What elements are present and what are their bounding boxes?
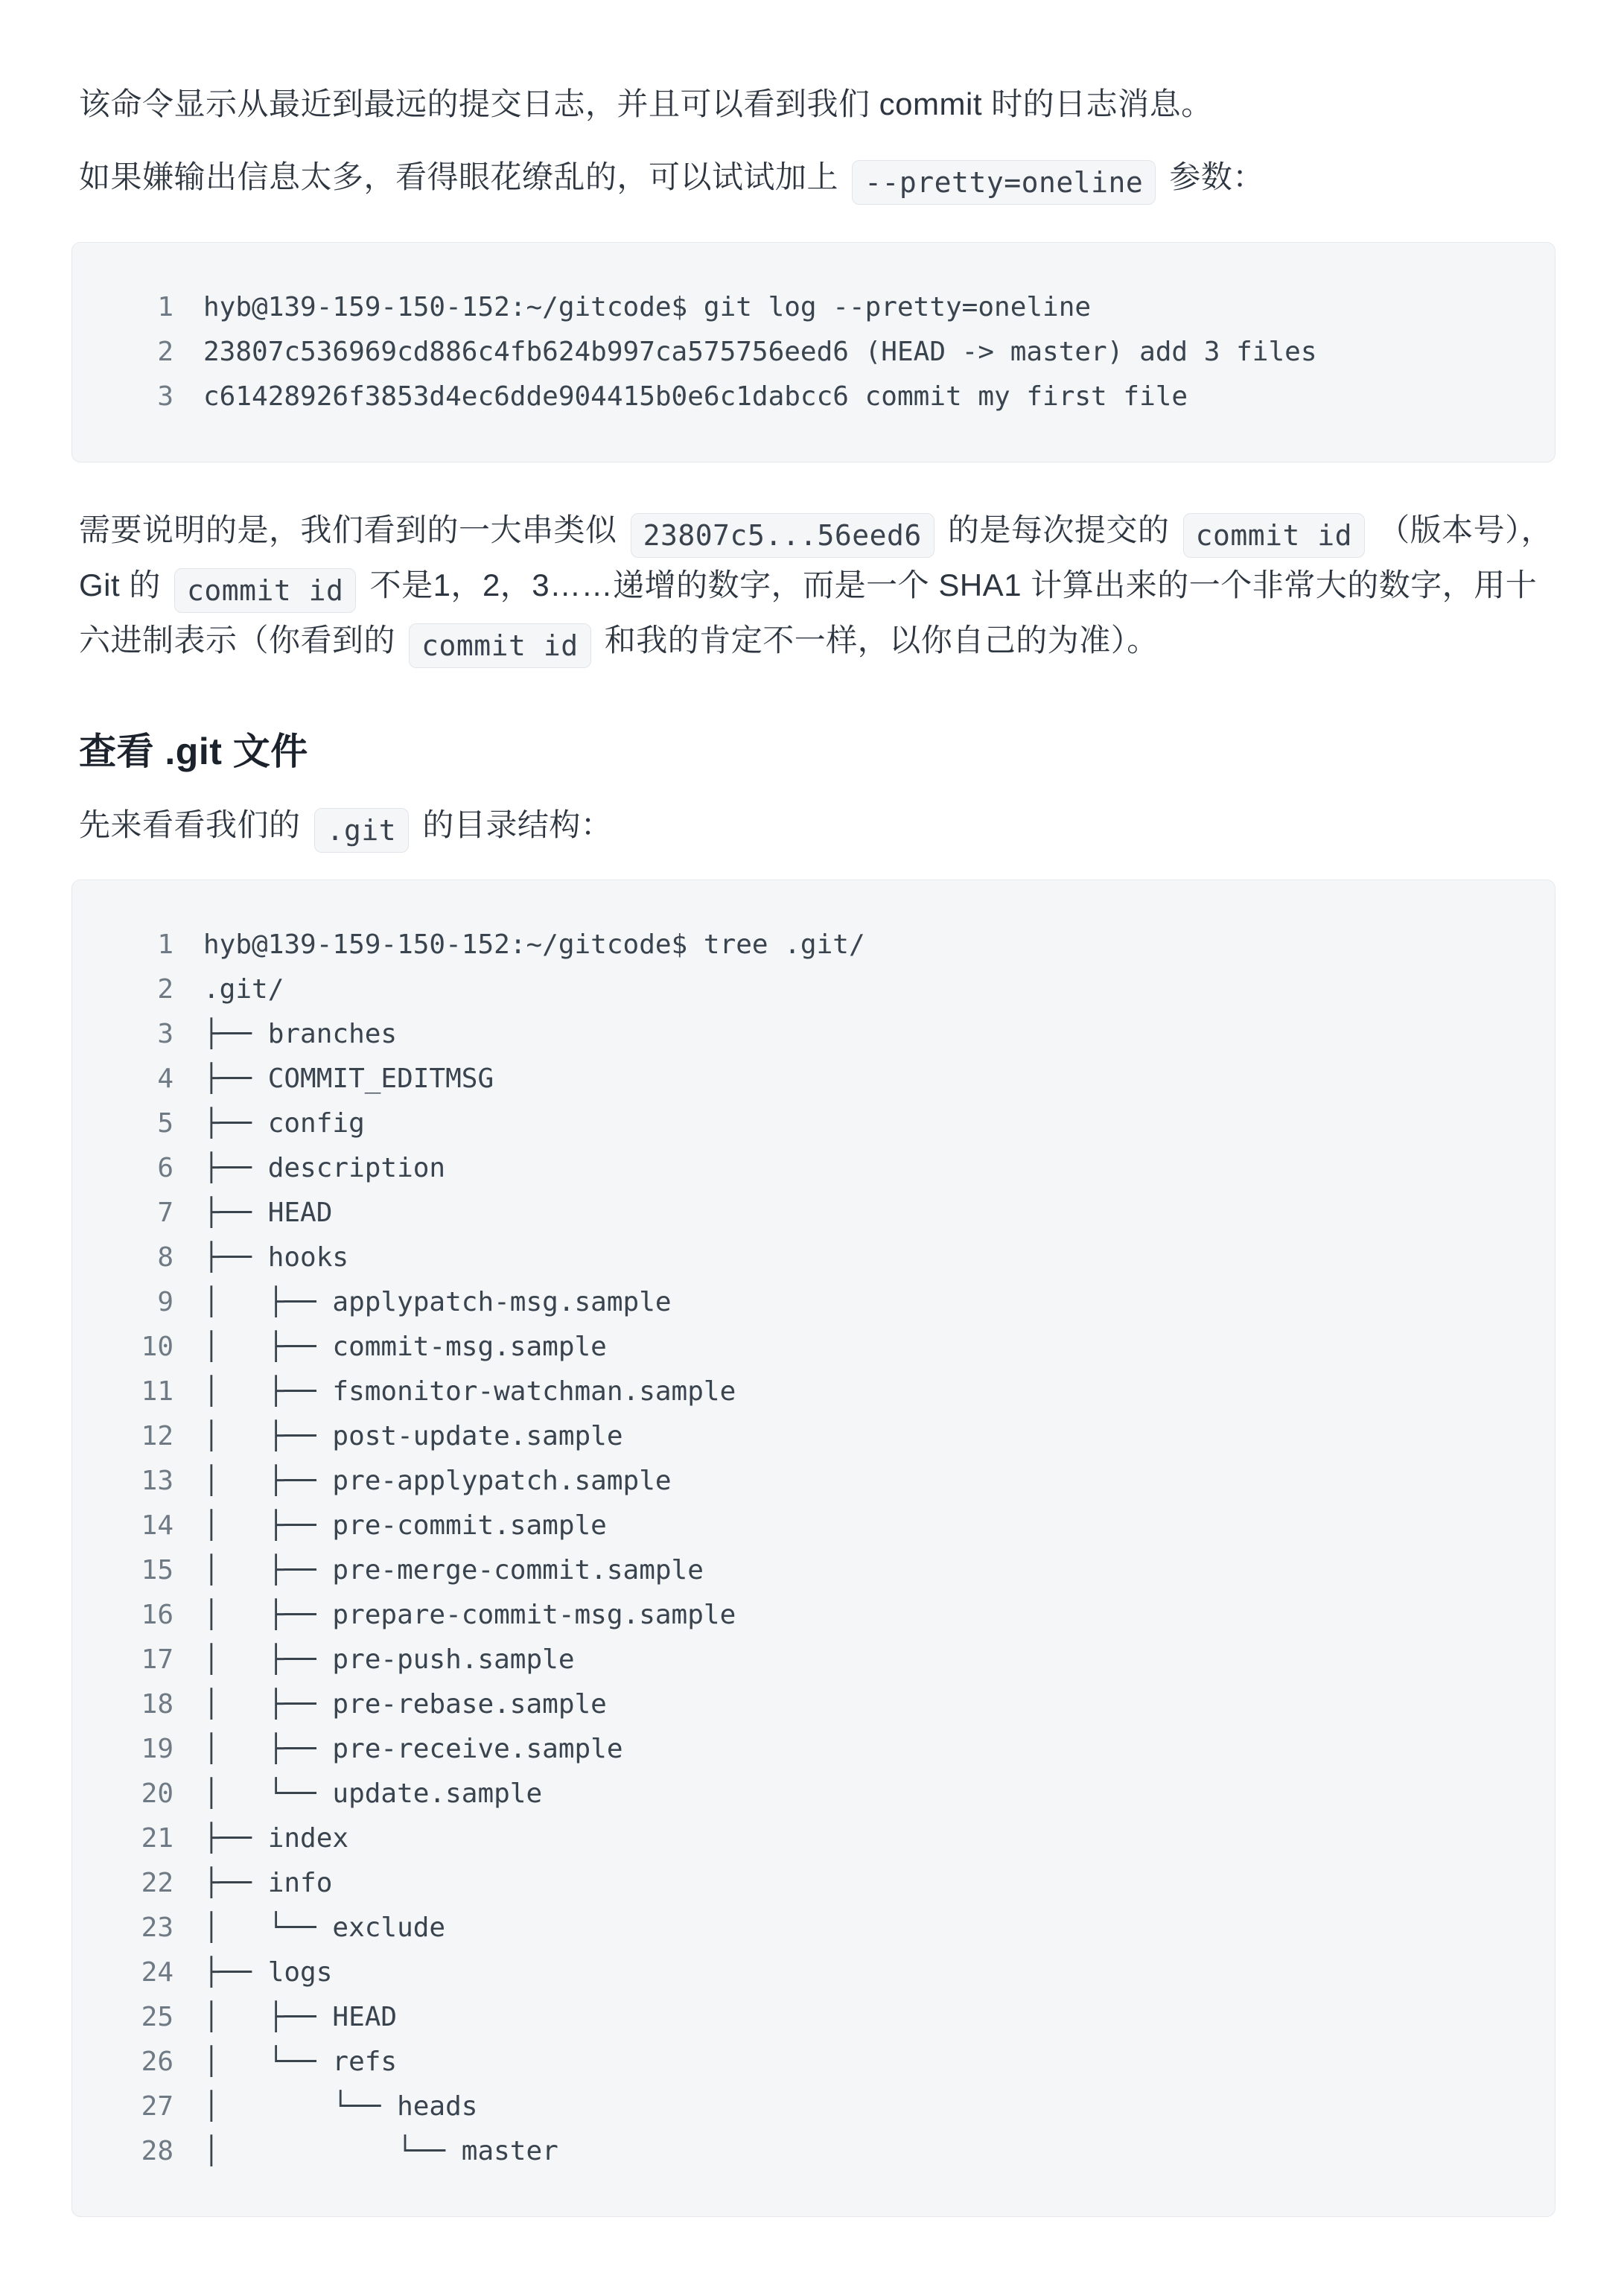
code-block-git-log-pretty-oneline: 1hyb@139-159-150-152:~/gitcode$ git log … <box>71 242 1555 462</box>
code-line: 3c61428926f3853d4ec6dde904415b0e6c1dabcc… <box>102 375 1525 419</box>
line-number: 2 <box>102 967 203 1012</box>
code-text: ├── HEAD <box>203 1191 332 1236</box>
line-number: 27 <box>102 2084 203 2129</box>
inline-code: --pretty=oneline <box>852 160 1156 205</box>
code-line: 5├── config <box>102 1101 1525 1146</box>
code-text: .git/ <box>203 967 284 1012</box>
code-text: │ ├── pre-merge-commit.sample <box>203 1548 704 1593</box>
code-text: ├── info <box>203 1861 332 1906</box>
code-line: 4├── COMMIT_EDITMSG <box>102 1057 1525 1101</box>
line-number: 4 <box>102 1057 203 1101</box>
line-number: 19 <box>102 1727 203 1772</box>
text-run: 的目录结构： <box>413 807 612 842</box>
code-line: 15│ ├── pre-merge-commit.sample <box>102 1548 1525 1593</box>
line-number: 26 <box>102 2040 203 2084</box>
line-number: 18 <box>102 1682 203 1727</box>
code-text: │ ├── HEAD <box>203 1995 397 2040</box>
code-line: 17│ ├── pre-push.sample <box>102 1638 1525 1682</box>
line-number: 8 <box>102 1236 203 1280</box>
code-text: 23807c536969cd886c4fb624b997ca575756eed6… <box>203 330 1317 375</box>
code-line: 18│ ├── pre-rebase.sample <box>102 1682 1525 1727</box>
code-text: │ ├── post-update.sample <box>203 1414 623 1459</box>
code-text: │ └── master <box>203 2129 558 2174</box>
text-run: 的是每次提交的 <box>939 512 1179 547</box>
text-run: 需要说明的是，我们看到的一大串类似 <box>79 512 626 547</box>
line-number: 22 <box>102 1861 203 1906</box>
code-text: ├── hooks <box>203 1236 348 1280</box>
code-text: │ └── heads <box>203 2084 477 2129</box>
code-text: │ ├── pre-push.sample <box>203 1638 575 1682</box>
code-text: │ └── update.sample <box>203 1772 542 1816</box>
code-text: │ └── refs <box>203 2040 397 2084</box>
code-line: 9│ ├── applypatch-msg.sample <box>102 1280 1525 1325</box>
line-number: 2 <box>102 330 203 375</box>
line-number: 11 <box>102 1370 203 1414</box>
code-line: 22├── info <box>102 1861 1525 1906</box>
paragraph-git-log-description: 该命令显示从最近到最远的提交日志，并且可以看到我们 commit 时的日志消息。 <box>79 77 1555 132</box>
code-text: ├── config <box>203 1101 365 1146</box>
code-text: c61428926f3853d4ec6dde904415b0e6c1dabcc6… <box>203 375 1188 419</box>
code-text: │ ├── commit-msg.sample <box>203 1325 607 1370</box>
code-line: 14│ ├── pre-commit.sample <box>102 1504 1525 1548</box>
code-line: 13│ ├── pre-applypatch.sample <box>102 1459 1525 1504</box>
code-line: 1hyb@139-159-150-152:~/gitcode$ git log … <box>102 285 1525 330</box>
line-number: 5 <box>102 1101 203 1146</box>
code-line: 19│ ├── pre-receive.sample <box>102 1727 1525 1772</box>
text-run: 如果嫌输出信息太多，看得眼花缭乱的，可以试试加上 <box>79 159 847 194</box>
text-run: 先来看看我们的 <box>79 807 310 842</box>
code-line: 20│ └── update.sample <box>102 1772 1525 1816</box>
code-text: │ ├── pre-receive.sample <box>203 1727 623 1772</box>
line-number: 20 <box>102 1772 203 1816</box>
code-line: 27│ └── heads <box>102 2084 1525 2129</box>
line-number: 16 <box>102 1593 203 1638</box>
code-line: 7├── HEAD <box>102 1191 1525 1236</box>
code-line: 6├── description <box>102 1146 1525 1191</box>
text-run: 该命令显示从最近到最远的提交日志，并且可以看到我们 commit 时的日志消息。 <box>79 86 1213 121</box>
line-number: 6 <box>102 1146 203 1191</box>
inline-code: commit id <box>409 623 590 668</box>
line-number: 17 <box>102 1638 203 1682</box>
code-line: 3├── branches <box>102 1012 1525 1057</box>
code-line: 23│ └── exclude <box>102 1906 1525 1950</box>
line-number: 1 <box>102 923 203 967</box>
code-line: 223807c536969cd886c4fb624b997ca575756eed… <box>102 330 1525 375</box>
line-number: 9 <box>102 1280 203 1325</box>
section-heading-view-git-file: 查看 .git 文件 <box>79 729 1555 774</box>
code-text: hyb@139-159-150-152:~/gitcode$ git log -… <box>203 285 1091 330</box>
paragraph-git-directory-intro: 先来看看我们的 .git 的目录结构： <box>79 798 1555 853</box>
line-number: 14 <box>102 1504 203 1548</box>
line-number: 23 <box>102 1906 203 1950</box>
line-number: 1 <box>102 285 203 330</box>
line-number: 12 <box>102 1414 203 1459</box>
text-run: 参数： <box>1160 159 1264 194</box>
code-line: 12│ ├── post-update.sample <box>102 1414 1525 1459</box>
code-line: 28│ └── master <box>102 2129 1525 2174</box>
code-line: 16│ ├── prepare-commit-msg.sample <box>102 1593 1525 1638</box>
line-number: 7 <box>102 1191 203 1236</box>
inline-code: .git <box>314 808 410 853</box>
code-text: ├── index <box>203 1816 348 1861</box>
code-text: │ ├── pre-rebase.sample <box>203 1682 607 1727</box>
code-line: 10│ ├── commit-msg.sample <box>102 1325 1525 1370</box>
paragraph-commit-id-explanation: 需要说明的是，我们看到的一大串类似 23807c5...56eed6 的是每次提… <box>79 503 1555 668</box>
line-number: 25 <box>102 1995 203 2040</box>
paragraph-pretty-oneline-tip: 如果嫌输出信息太多，看得眼花缭乱的，可以试试加上 --pretty=onelin… <box>79 150 1555 205</box>
line-number: 3 <box>102 1012 203 1057</box>
line-number: 13 <box>102 1459 203 1504</box>
line-number: 28 <box>102 2129 203 2174</box>
inline-code: commit id <box>174 568 356 613</box>
code-text: │ ├── pre-applypatch.sample <box>203 1459 672 1504</box>
code-text: ├── description <box>203 1146 445 1191</box>
code-block-git-tree: 1hyb@139-159-150-152:~/gitcode$ tree .gi… <box>71 880 1555 2217</box>
code-text: │ ├── applypatch-msg.sample <box>203 1280 672 1325</box>
line-number: 10 <box>102 1325 203 1370</box>
inline-code: 23807c5...56eed6 <box>631 513 934 558</box>
code-line: 25│ ├── HEAD <box>102 1995 1525 2040</box>
code-text: │ ├── pre-commit.sample <box>203 1504 607 1548</box>
text-run: 和我的肯定不一样，以你自己的为准）。 <box>596 623 1159 658</box>
line-number: 3 <box>102 375 203 419</box>
code-line: 2.git/ <box>102 967 1525 1012</box>
line-number: 24 <box>102 1950 203 1995</box>
line-number: 15 <box>102 1548 203 1593</box>
code-text: ├── branches <box>203 1012 397 1057</box>
code-text: ├── COMMIT_EDITMSG <box>203 1057 494 1101</box>
code-text: ├── logs <box>203 1950 332 1995</box>
code-line: 8├── hooks <box>102 1236 1525 1280</box>
code-text: hyb@139-159-150-152:~/gitcode$ tree .git… <box>203 923 865 967</box>
line-number: 21 <box>102 1816 203 1861</box>
code-line: 1hyb@139-159-150-152:~/gitcode$ tree .gi… <box>102 923 1525 967</box>
code-line: 21├── index <box>102 1816 1525 1861</box>
code-line: 24├── logs <box>102 1950 1525 1995</box>
code-text: │ └── exclude <box>203 1906 445 1950</box>
code-line: 26│ └── refs <box>102 2040 1525 2084</box>
inline-code: commit id <box>1183 513 1365 558</box>
code-text: │ ├── prepare-commit-msg.sample <box>203 1593 736 1638</box>
code-line: 11│ ├── fsmonitor-watchman.sample <box>102 1370 1525 1414</box>
article-content: 该命令显示从最近到最远的提交日志，并且可以看到我们 commit 时的日志消息。… <box>0 0 1624 2217</box>
code-text: │ ├── fsmonitor-watchman.sample <box>203 1370 736 1414</box>
